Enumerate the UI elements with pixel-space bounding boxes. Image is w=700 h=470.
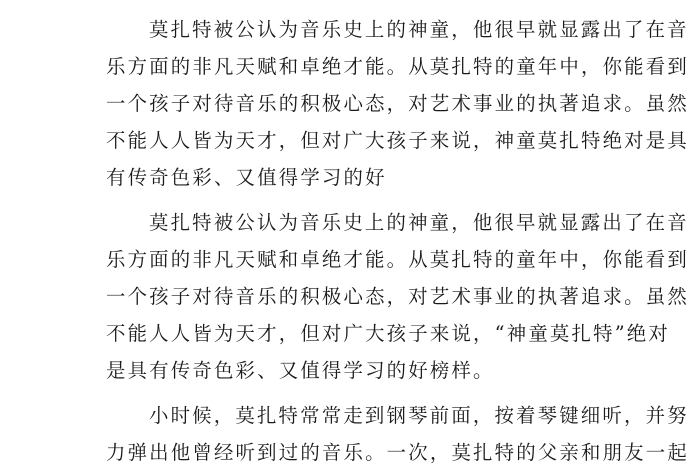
text-line: 力弹出他曾经听到过的音乐。一次，莫扎特的父亲和朋友一起 [106,434,584,470]
text-line: 是具有传奇色彩、又值得学习的好榜样。 [106,352,584,389]
text-line: 有传奇色彩、又值得学习的好 [106,159,584,196]
text-line: 不能人人皆为天才，但对广大孩子来说，“神童莫扎特”绝对 [106,315,584,352]
paragraph-1: 莫扎特被公认为音乐史上的神童，他很早就显露出了在音 乐方面的非凡天赋和卓绝才能。… [106,11,584,196]
text-line: 小时候，莫扎特常常走到钢琴前面，按着琴键细听，并努 [106,397,584,434]
document-page: 莫扎特被公认为音乐史上的神童，他很早就显露出了在音 乐方面的非凡天赋和卓绝才能。… [0,0,700,470]
text-line: 莫扎特被公认为音乐史上的神童，他很早就显露出了在音 [106,204,584,241]
text-line: 乐方面的非凡天赋和卓绝才能。从莫扎特的童年中，你能看到 [106,241,584,278]
text-line: 乐方面的非凡天赋和卓绝才能。从莫扎特的童年中，你能看到 [106,48,584,85]
text-line: 一个孩子对待音乐的积极心态，对艺术事业的执著追求。虽然 [106,278,584,315]
text-line: 不能人人皆为天才，但对广大孩子来说，神童莫扎特绝对是具 [106,122,584,159]
text-line: 一个孩子对待音乐的积极心态，对艺术事业的执著追求。虽然 [106,85,584,122]
text-line: 莫扎特被公认为音乐史上的神童，他很早就显露出了在音 [106,11,584,48]
paragraph-2: 莫扎特被公认为音乐史上的神童，他很早就显露出了在音 乐方面的非凡天赋和卓绝才能。… [106,204,584,389]
paragraph-3: 小时候，莫扎特常常走到钢琴前面，按着琴键细听，并努 力弹出他曾经听到过的音乐。一… [106,397,584,470]
